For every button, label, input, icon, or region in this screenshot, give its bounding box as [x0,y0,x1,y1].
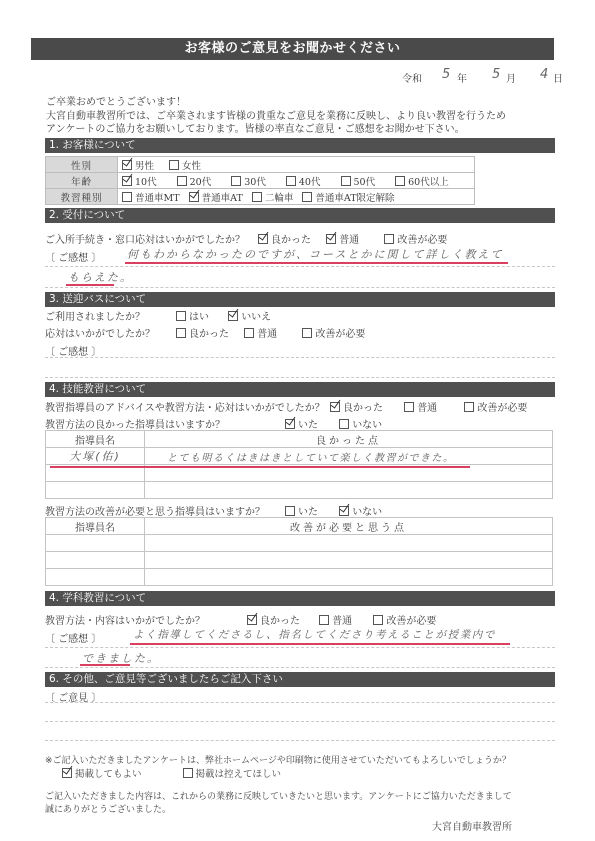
reception-comment-label: 〔 ご感想 〕 [45,249,101,264]
section4-header: 4. 技能教習について [45,382,555,397]
section2-header: 2. 受付について [45,208,555,223]
red-underline [125,262,508,264]
improve-points-header: 改善が必要と思う点 [145,518,553,535]
checkbox-checked-icon[interactable] [62,768,72,778]
good-instructor-question: 教習方法の良かった指導員はいますか？ [45,416,225,431]
checkbox-icon[interactable] [176,328,186,338]
bus-usage-no-option[interactable]: いいえ [228,308,271,323]
improve-instructor-table: 指導員名 改善が必要と思う点 [45,517,553,586]
writing-line [45,266,555,267]
driving-normal-option[interactable]: 普通 [404,399,437,414]
checkbox-icon[interactable] [384,234,394,244]
bus-service-question: 応対はいかがでしたか？ [45,325,155,340]
date-day-label: 日 [553,70,563,85]
reception-comment-line-1[interactable]: 何もわからなかったのですが、コースとかに関して詳しく教えて [127,246,503,262]
customer-info-table: 性別 男性 女性 年齢 10代 20代 30代 40代 50代 60代以上 教習… [45,156,475,205]
bus-usage-question: ご利用されましたか？ [45,308,145,323]
checkbox-icon[interactable] [285,506,295,516]
improve-instructor-options: いた いない [285,503,394,518]
instructor-name-cell[interactable]: 大塚(佑) [46,448,145,465]
section3-header: 3. 送迎バスについて [45,292,555,307]
course-type-label: 教習種別 [46,189,118,205]
section1-header: 1. お客様について [45,138,555,153]
improve-point-cell[interactable] [145,552,553,569]
checkbox-icon[interactable] [341,176,351,186]
checkbox-icon[interactable] [231,176,241,186]
section5-header: 4. 学科教習について [45,591,555,606]
classroom-question: 教習方法・内容はいかがでしたか？ [45,612,205,627]
checkbox-checked-icon[interactable] [330,402,340,412]
checkbox-icon[interactable] [122,192,132,202]
writing-line[interactable] [45,357,555,358]
reception-options: 良かった 普通 改善が必要 [258,231,459,246]
red-underline [50,466,470,468]
checkbox-checked-icon[interactable] [122,176,132,186]
table-row [46,482,553,499]
red-underline [130,643,510,645]
driving-instructor-question: 教習指導員のアドバイスや教習方法・応対はいかがでしたか？ [45,399,325,414]
checkbox-icon[interactable] [302,192,312,202]
date-row: 令和 5 年 5 月 4 日 [400,70,560,86]
checkbox-icon[interactable] [176,311,186,321]
checkbox-icon[interactable] [302,328,312,338]
checkbox-icon[interactable] [286,176,296,186]
bus-service-improve-option[interactable]: 改善が必要 [302,325,365,340]
driving-improve-option[interactable]: 改善が必要 [464,399,527,414]
date-era: 令和 [402,70,422,85]
table-row [46,535,553,552]
checkbox-icon[interactable] [244,328,254,338]
driving-good-option[interactable]: 良かった [330,399,383,414]
classroom-good-option[interactable]: 良かった [247,612,300,627]
checkbox-checked-icon[interactable] [258,234,268,244]
reception-question: ご入所手続き・窓口応対はいかがでしたか？ [45,231,245,246]
consent-question: ※ご記入いただきましたアンケートは、弊社ホームページや印刷物に使用させていただい… [45,753,511,766]
checkbox-checked-icon[interactable] [189,192,199,202]
classroom-normal-option[interactable]: 普通 [319,612,352,627]
table-row [46,569,553,586]
instructor-name-cell[interactable] [46,482,145,499]
checkbox-icon[interactable] [169,160,179,170]
intro-line-1: ご卒業おめでとうございます！ [46,96,566,110]
age-40s-option[interactable]: 40代 [286,174,321,188]
school-signature: 大宮自動車教習所 [432,818,512,833]
writing-line [45,647,555,648]
section6-header: 6. その他、ご意見等ございましたらご記入下さい [45,672,555,687]
date-month-value[interactable]: 5 [492,67,500,82]
intro-line-2: 大宮自動車教習所では、ご卒業されます皆様の貴重なご意見を業務に反映し、より良い教… [46,110,566,124]
bus-comment-label: 〔 ご感想 〕 [45,343,101,358]
checkbox-icon[interactable] [319,615,329,625]
writing-line [45,287,555,288]
table-row: 大塚(佑) とても明るくはきはきとしていて楽しく教習ができた。 [46,448,553,465]
classroom-improve-option[interactable]: 改善が必要 [373,612,436,627]
good-instructor-table: 指導員名 良かった点 大塚(佑) とても明るくはきはきとしていて楽しく教習ができ… [45,430,553,499]
reception-normal-option[interactable]: 普通 [326,231,359,246]
writing-line [45,667,555,668]
date-month-label: 月 [506,70,516,85]
checkbox-checked-icon[interactable] [247,615,257,625]
checkbox-icon[interactable] [404,402,414,412]
reception-good-option[interactable]: 良かった [258,231,311,246]
improve-instructor-yes-option[interactable]: いた [285,503,318,518]
intro-line-3: アンケートのご協力をお願いしております。皆様の率直なご意見・ご感想をお聞かせ下さ… [46,123,566,137]
gender-row: 性別 男性 女性 [46,157,475,173]
improve-point-cell[interactable] [145,569,553,586]
date-day-value[interactable]: 4 [540,67,548,82]
table-row [46,552,553,569]
age-20s-option[interactable]: 20代 [177,174,212,188]
course-mt-option[interactable]: 普通車MT [122,190,180,204]
consent-options: 掲載してもよい 掲載は控えてほしい [62,766,293,780]
course-at-limit-removal-option[interactable]: 普通車AT限定解除 [302,190,394,204]
age-label: 年齢 [46,173,118,189]
consent-allow-option[interactable]: 掲載してもよい [62,766,142,780]
checkbox-icon[interactable] [464,402,474,412]
table-header-row: 指導員名 良かった点 [46,431,553,448]
bus-service-good-option[interactable]: 良かった [176,325,229,340]
thanks-line-1: ご記入いただきました内容は、これからの業務に反映していきたいと思います。アンケー… [45,789,512,802]
age-10s-option[interactable]: 10代 [122,174,157,188]
writing-line[interactable] [45,740,555,741]
checkbox-icon[interactable] [177,176,187,186]
bus-service-options: 良かった 普通 改善が必要 [176,325,377,340]
gender-label: 性別 [46,157,118,173]
intro-text: ご卒業おめでとうございます！ 大宮自動車教習所では、ご卒業されます皆様の貴重なご… [46,96,566,137]
classroom-comment-line-1[interactable]: よく指導してくださるし、指名してくださり考えることが授業内で [133,627,496,642]
gender-male-option[interactable]: 男性 [122,158,154,172]
good-instructor-no-option[interactable]: いない [339,416,382,431]
bus-usage-options: はい いいえ [176,308,283,323]
course-motorcycle-option[interactable]: 二輪車 [252,190,294,204]
checkbox-icon[interactable] [252,192,262,202]
bus-service-normal-option[interactable]: 普通 [244,325,277,340]
date-year-value[interactable]: 5 [442,67,450,82]
date-year-label: 年 [457,70,467,85]
good-points-header: 良かった点 [145,431,553,448]
age-60s-plus-option[interactable]: 60代以上 [395,174,449,188]
table-header-row: 指導員名 改善が必要と思う点 [46,518,553,535]
instructor-name-header: 指導員名 [46,431,145,448]
checkbox-icon[interactable] [339,419,349,429]
form-title: お客様のご意見をお聞かせください [31,38,554,60]
consent-decline-option[interactable]: 掲載は控えてほしい [183,766,282,780]
checkbox-checked-icon[interactable] [326,234,336,244]
writing-line[interactable] [45,702,555,703]
checkbox-icon[interactable] [395,176,405,186]
driving-instructor-options: 良かった 普通 改善が必要 [330,399,539,414]
classroom-options: 良かった 普通 改善が必要 [247,612,448,627]
checkbox-checked-icon[interactable] [228,311,238,321]
checkbox-icon[interactable] [373,615,383,625]
good-point-cell[interactable] [145,482,553,499]
red-underline [80,664,130,666]
age-50s-option[interactable]: 50代 [341,174,376,188]
checkbox-checked-icon[interactable] [122,160,132,170]
instructor-name-cell[interactable] [46,569,145,586]
instructor-name-cell[interactable] [46,535,145,552]
red-underline [66,284,114,286]
thanks-line-2: 誠にありがとうございました。 [45,802,171,815]
improve-instructor-no-option[interactable]: いない [339,503,382,518]
improve-instructor-question: 教習方法の改善が必要と思う指導員はいますか？ [45,503,265,518]
writing-line[interactable] [45,721,555,722]
gender-female-option[interactable]: 女性 [169,158,201,172]
good-point-cell[interactable]: とても明るくはきはきとしていて楽しく教習ができた。 [145,448,553,465]
reception-improve-option[interactable]: 改善が必要 [384,231,447,246]
writing-line[interactable] [45,377,555,378]
good-instructor-options: いた いない [285,416,394,431]
instructor-name-cell[interactable] [46,552,145,569]
checkbox-checked-icon[interactable] [285,419,295,429]
reception-comment-line-2[interactable]: もらえた。 [68,269,133,285]
age-row: 年齢 10代 20代 30代 40代 50代 60代以上 [46,173,475,189]
age-30s-option[interactable]: 30代 [231,174,266,188]
instructor-name-header: 指導員名 [46,518,145,535]
course-at-option[interactable]: 普通車AT [189,190,243,204]
improve-point-cell[interactable] [145,535,553,552]
checkbox-checked-icon[interactable] [339,506,349,516]
bus-usage-yes-option[interactable]: はい [176,308,209,323]
course-type-row: 教習種別 普通車MT 普通車AT 二輪車 普通車AT限定解除 [46,189,475,205]
checkbox-icon[interactable] [183,768,193,778]
classroom-comment-label: 〔 ご感想 〕 [45,630,101,645]
good-instructor-yes-option[interactable]: いた [285,416,318,431]
